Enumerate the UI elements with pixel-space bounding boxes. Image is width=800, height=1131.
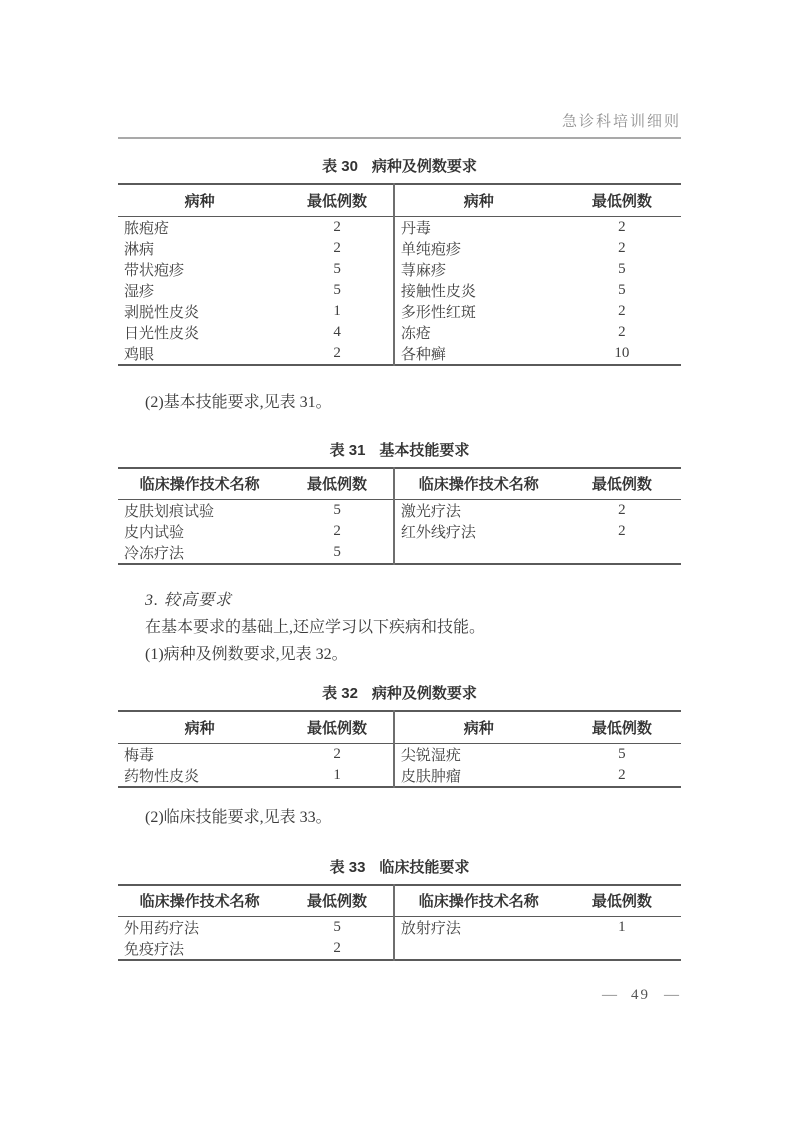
table-header-row: 病种 最低例数 病种 最低例数: [118, 711, 681, 743]
footer-dash-left: —: [602, 987, 617, 1003]
page-number: 49: [631, 987, 650, 1003]
table-30-caption: 表 30病种及例数要求: [118, 155, 681, 176]
technique-name-cell: 红外线疗法: [394, 521, 563, 542]
paragraph-basic-skill: (2)基本技能要求,见表 31。: [118, 391, 681, 415]
disease-name-cell: 鸡眼: [118, 343, 281, 365]
table-row: 免疫疗法 2: [118, 938, 681, 960]
min-cases-cell: 10: [563, 343, 681, 365]
min-cases-cell: 2: [563, 521, 681, 542]
column-header-min-cases: 最低例数: [563, 885, 681, 917]
min-cases-cell: 4: [281, 322, 394, 343]
table-row: 带状疱疹 5 荨麻疹 5: [118, 259, 681, 280]
min-cases-cell: 5: [281, 500, 394, 522]
advanced-requirements-block: 3. 较高要求 在基本要求的基础上,还应学习以下疾病和技能。 (1)病种及例数要…: [118, 587, 681, 668]
disease-name-cell: 脓疱疮: [118, 216, 281, 238]
min-cases-cell: 2: [281, 216, 394, 238]
table-header-row: 临床操作技术名称 最低例数 临床操作技术名称 最低例数: [118, 885, 681, 917]
table-32-title: 病种及例数要求: [372, 685, 477, 702]
table-33-label: 表 33: [330, 859, 366, 876]
disease-name-cell: 梅毒: [118, 743, 281, 765]
min-cases-cell: 2: [281, 521, 394, 542]
min-cases-cell: [563, 938, 681, 960]
technique-name-cell: [394, 542, 563, 564]
column-header-min-cases: 最低例数: [563, 468, 681, 500]
table-row: 药物性皮炎 1 皮肤肿瘤 2: [118, 765, 681, 787]
table-33-title: 临床技能要求: [379, 859, 469, 876]
table-row: 皮内试验 2 红外线疗法 2: [118, 521, 681, 542]
disease-name-cell: 多形性红斑: [394, 301, 563, 322]
min-cases-cell: 5: [563, 259, 681, 280]
min-cases-cell: 5: [281, 259, 394, 280]
min-cases-cell: 2: [563, 322, 681, 343]
table-31: 临床操作技术名称 最低例数 临床操作技术名称 最低例数 皮肤划痕试验 5 激光疗…: [118, 467, 681, 566]
table-30-title: 病种及例数要求: [372, 158, 477, 175]
disease-name-cell: 剥脱性皮炎: [118, 301, 281, 322]
technique-name-cell: 皮内试验: [118, 521, 281, 542]
min-cases-cell: 5: [281, 917, 394, 939]
table-32-caption: 表 32病种及例数要求: [118, 682, 681, 703]
column-header-min-cases: 最低例数: [281, 468, 394, 500]
min-cases-cell: 2: [281, 343, 394, 365]
min-cases-cell: 1: [281, 765, 394, 787]
min-cases-cell: 5: [563, 280, 681, 301]
table-30-label: 表 30: [322, 158, 358, 175]
column-header-technique: 临床操作技术名称: [118, 468, 281, 500]
paragraph-clinical-req: (2)临床技能要求,见表 33。: [118, 806, 681, 830]
disease-name-cell: 药物性皮炎: [118, 765, 281, 787]
disease-name-cell: 皮肤肿瘤: [394, 765, 563, 787]
table-header-row: 临床操作技术名称 最低例数 临床操作技术名称 最低例数: [118, 468, 681, 500]
section-heading-advanced: 3. 较高要求: [145, 587, 681, 614]
column-header-disease: 病种: [118, 711, 281, 743]
table-header-row: 病种 最低例数 病种 最低例数: [118, 184, 681, 216]
table-32-label: 表 32: [322, 685, 358, 702]
paragraph-disease-req: (1)病种及例数要求,见表 32。: [145, 641, 681, 668]
table-row: 鸡眼 2 各种癣 10: [118, 343, 681, 365]
technique-name-cell: 放射疗法: [394, 917, 563, 939]
min-cases-cell: 1: [281, 301, 394, 322]
disease-name-cell: 单纯疱疹: [394, 238, 563, 259]
table-row: 梅毒 2 尖锐湿疣 5: [118, 743, 681, 765]
table-row: 皮肤划痕试验 5 激光疗法 2: [118, 500, 681, 522]
table-row: 剥脱性皮炎 1 多形性红斑 2: [118, 301, 681, 322]
min-cases-cell: 2: [563, 765, 681, 787]
disease-name-cell: 冻疮: [394, 322, 563, 343]
table-row: 淋病 2 单纯疱疹 2: [118, 238, 681, 259]
table-33-caption: 表 33临床技能要求: [118, 856, 681, 877]
page-footer: —49—: [118, 987, 681, 1004]
min-cases-cell: 2: [563, 216, 681, 238]
column-header-min-cases: 最低例数: [281, 711, 394, 743]
disease-name-cell: 淋病: [118, 238, 281, 259]
min-cases-cell: 2: [563, 500, 681, 522]
footer-dash-right: —: [664, 987, 679, 1003]
technique-name-cell: 外用药疗法: [118, 917, 281, 939]
technique-name-cell: 免疫疗法: [118, 938, 281, 960]
min-cases-cell: 2: [563, 238, 681, 259]
min-cases-cell: 5: [281, 542, 394, 564]
running-header: 急诊科培训细则: [118, 0, 681, 131]
disease-name-cell: 各种癣: [394, 343, 563, 365]
table-row: 冷冻疗法 5: [118, 542, 681, 564]
table-row: 脓疱疮 2 丹毒 2: [118, 216, 681, 238]
min-cases-cell: [563, 542, 681, 564]
column-header-technique: 临床操作技术名称: [118, 885, 281, 917]
technique-name-cell: 皮肤划痕试验: [118, 500, 281, 522]
table-row: 外用药疗法 5 放射疗法 1: [118, 917, 681, 939]
disease-name-cell: 丹毒: [394, 216, 563, 238]
disease-name-cell: 尖锐湿疣: [394, 743, 563, 765]
min-cases-cell: 2: [281, 743, 394, 765]
header-rule: [118, 137, 681, 139]
min-cases-cell: 1: [563, 917, 681, 939]
disease-name-cell: 日光性皮炎: [118, 322, 281, 343]
table-row: 日光性皮炎 4 冻疮 2: [118, 322, 681, 343]
column-header-technique: 临床操作技术名称: [394, 468, 563, 500]
technique-name-cell: 激光疗法: [394, 500, 563, 522]
disease-name-cell: 接触性皮炎: [394, 280, 563, 301]
table-31-label: 表 31: [330, 442, 366, 459]
technique-name-cell: [394, 938, 563, 960]
table-31-caption: 表 31基本技能要求: [118, 439, 681, 460]
disease-name-cell: 带状疱疹: [118, 259, 281, 280]
column-header-technique: 临床操作技术名称: [394, 885, 563, 917]
table-32: 病种 最低例数 病种 最低例数 梅毒 2 尖锐湿疣 5 药物性皮炎 1 皮肤肿瘤: [118, 710, 681, 788]
min-cases-cell: 2: [281, 938, 394, 960]
min-cases-cell: 5: [281, 280, 394, 301]
paragraph-advanced-intro: 在基本要求的基础上,还应学习以下疾病和技能。: [145, 614, 681, 641]
column-header-disease: 病种: [118, 184, 281, 216]
column-header-min-cases: 最低例数: [563, 184, 681, 216]
column-header-disease: 病种: [394, 711, 563, 743]
table-30: 病种 最低例数 病种 最低例数 脓疱疮 2 丹毒 2 淋病 2 单纯疱疹 2: [118, 183, 681, 366]
table-row: 湿疹 5 接触性皮炎 5: [118, 280, 681, 301]
technique-name-cell: 冷冻疗法: [118, 542, 281, 564]
table-31-title: 基本技能要求: [379, 442, 469, 459]
page-content: 急诊科培训细则 表 30病种及例数要求 病种 最低例数 病种 最低例数 脓疱疮 …: [118, 0, 681, 1004]
disease-name-cell: 湿疹: [118, 280, 281, 301]
column-header-min-cases: 最低例数: [281, 885, 394, 917]
column-header-disease: 病种: [394, 184, 563, 216]
min-cases-cell: 2: [563, 301, 681, 322]
table-33: 临床操作技术名称 最低例数 临床操作技术名称 最低例数 外用药疗法 5 放射疗法…: [118, 884, 681, 962]
disease-name-cell: 荨麻疹: [394, 259, 563, 280]
min-cases-cell: 2: [281, 238, 394, 259]
document-page: 急诊科培训细则 表 30病种及例数要求 病种 最低例数 病种 最低例数 脓疱疮 …: [0, 0, 800, 1131]
column-header-min-cases: 最低例数: [563, 711, 681, 743]
min-cases-cell: 5: [563, 743, 681, 765]
column-header-min-cases: 最低例数: [281, 184, 394, 216]
